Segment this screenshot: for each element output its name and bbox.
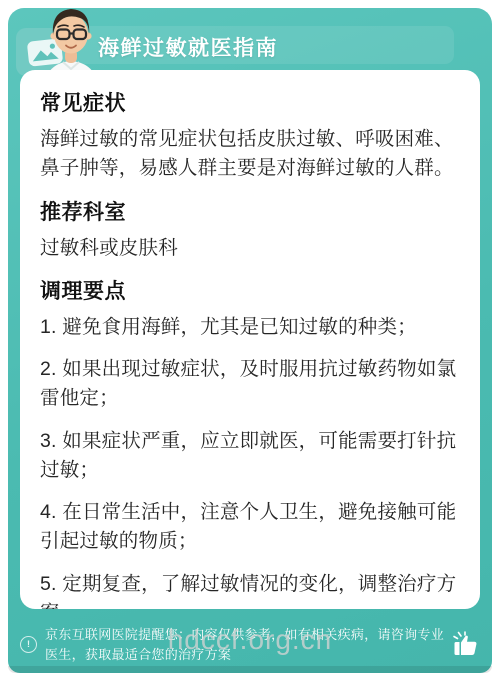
care-list: 1. 避免食用海鲜，尤其是已知过敏的种类； 2. 如果出现过敏症状，及时服用抗过… bbox=[40, 313, 464, 609]
info-circle-icon: ! bbox=[20, 636, 37, 653]
content-card: 常见症状 海鲜过敏的常见症状包括皮肤过敏、呼吸困难、鼻子肿等，易感人群主要是对海… bbox=[20, 70, 480, 609]
watermark-text: hdccf.org.cn bbox=[168, 624, 333, 656]
care-list-item: 2. 如果出现过敏症状，及时服用抗过敏药物如氯雷他定； bbox=[40, 355, 464, 414]
guide-card-frame: 海鲜过敏就医指南 常见症状 海鲜过敏的常见症状包括皮肤过敏、呼吸困难、鼻子肿等，… bbox=[8, 8, 492, 673]
section-heading-care: 调理要点 bbox=[40, 275, 464, 305]
thumbs-up-icon bbox=[452, 630, 480, 656]
care-list-item: 4. 在日常生活中，注意个人卫生，避免接触可能引起过敏的物质； bbox=[40, 498, 464, 557]
thumbs-up-button[interactable] bbox=[452, 630, 480, 659]
care-list-item: 1. 避免食用海鲜，尤其是已知过敏的种类； bbox=[40, 313, 464, 342]
care-list-item: 5. 定期复查，了解过敏情况的变化，调整治疗方案。 bbox=[40, 570, 464, 610]
care-list-item: 3. 如果症状严重，应立即就医，可能需要打针抗过敏； bbox=[40, 427, 464, 486]
section-heading-symptoms: 常见症状 bbox=[40, 87, 464, 117]
symptoms-body: 海鲜过敏的常见症状包括皮肤过敏、呼吸困难、鼻子肿等，易感人群主要是对海鲜过敏的人… bbox=[40, 125, 464, 184]
department-body: 过敏科或皮肤科 bbox=[40, 234, 464, 263]
page-title: 海鲜过敏就医指南 bbox=[98, 32, 278, 62]
section-heading-department: 推荐科室 bbox=[40, 196, 464, 226]
